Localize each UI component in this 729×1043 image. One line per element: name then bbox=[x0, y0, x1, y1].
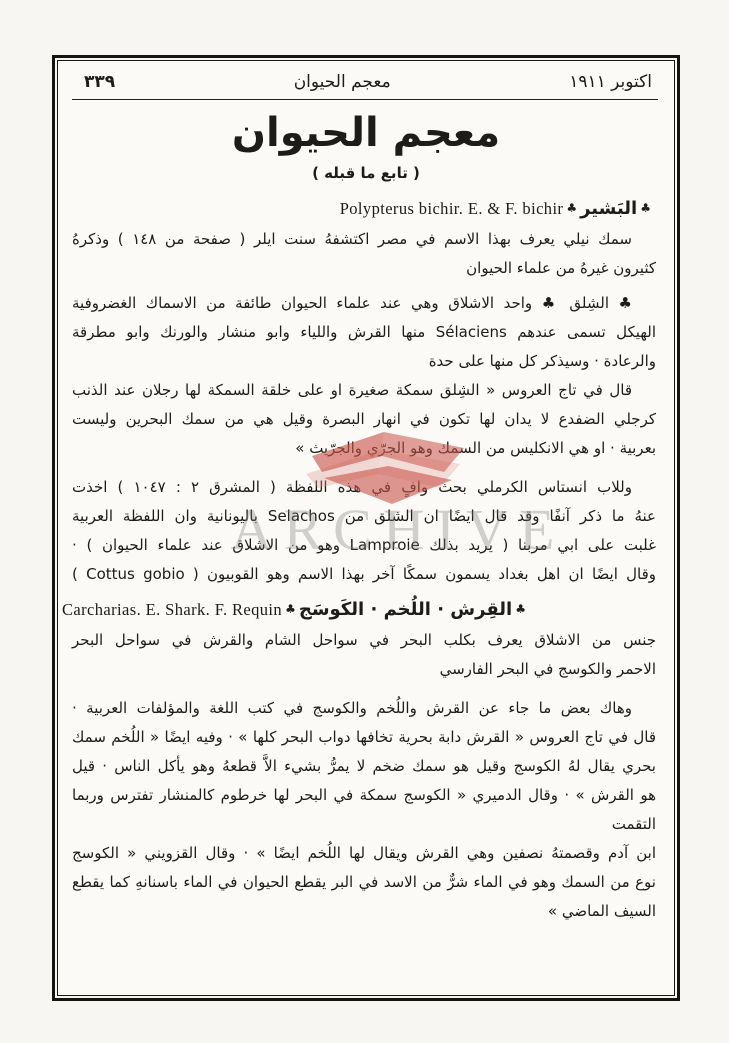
text-line: بحري يقال لهُ الكوسج وقيل هو سمك ضخم لا … bbox=[72, 752, 656, 781]
header-book-title: معجم الحيوان bbox=[294, 72, 391, 92]
text-line: كثيرون غيرهُ من علماء الحيوان bbox=[72, 254, 656, 283]
text-line: عنهُ ما ذكر آنفًا وقد قال ايضًا ان الشلق… bbox=[72, 502, 656, 531]
text-line: الهيكل تسمى عندهم Sélaciens منها القرش و… bbox=[72, 318, 656, 347]
floral-ornament-icon: ♣ bbox=[512, 602, 529, 616]
entry-arabic-name: ♣القِرش · اللُخم · الكَوسَج♣ bbox=[282, 599, 529, 620]
text-line: بعربية · او هي الانكليس من السمك وهو الج… bbox=[72, 434, 656, 463]
text-line: وقال ايضًا ان اهل بغداد يسمون سمكًا آخر … bbox=[72, 560, 656, 589]
header-date: اكتوبر ١٩١١ bbox=[569, 72, 652, 92]
text-line: ابن آدم وقصمتهُ نصفين وهي القرش ويقال له… bbox=[72, 839, 656, 868]
page-inner: اكتوبر ١٩١١ معجم الحيوان ٣٣٩ معجم الحيوا… bbox=[58, 61, 674, 995]
text-line: قال في تاج العروس « الشِلق سمكة صغيرة او… bbox=[72, 376, 656, 405]
entry-latin-name: Polypterus bichir. E. & F. bichir bbox=[340, 199, 564, 219]
entry-heading-qirsh: ♣القِرش · اللُخم · الكَوسَج♣ Carcharias.… bbox=[58, 599, 674, 620]
floral-ornament-icon: ♣ bbox=[563, 201, 580, 215]
page-title: معجم الحيوان bbox=[58, 110, 674, 156]
floral-ornament-icon: ♣ bbox=[282, 602, 299, 616]
entry-qirsh-text: جنس من الاشلاق يعرف بكلب البحر في سواحل … bbox=[72, 626, 656, 926]
text-line: سمك نيلي يعرف بهذا الاسم في مصر اكتشفهُ … bbox=[72, 225, 656, 254]
text-line: وللاب انستاس الكرملي بحث وافٍ في هذه الل… bbox=[72, 473, 656, 502]
header-divider bbox=[72, 99, 658, 100]
entry-latin-name: Carcharias. E. Shark. F. Requin bbox=[62, 600, 282, 620]
arabic-name-text: البَشير bbox=[580, 198, 637, 219]
scanned-page: { "header": { "date": "اكتوبر ١٩١١", "ce… bbox=[0, 0, 729, 1043]
entry-bashir-text: سمك نيلي يعرف بهذا الاسم في مصر اكتشفهُ … bbox=[72, 225, 656, 283]
text-line: غلبت على ابي مربنا ( يريد بذلك Lamproie … bbox=[72, 531, 656, 560]
text-line: كرجلي الضفدع لا يدان لها تكون في انهار ا… bbox=[72, 405, 656, 434]
entry-shilq-text: ♣ الشِلق ♣ واحد الاشلاق وهي عند علماء ال… bbox=[72, 289, 656, 589]
text-line: جنس من الاشلاق يعرف بكلب البحر في سواحل … bbox=[72, 626, 656, 655]
entry-arabic-name: ♣البَشير♣ bbox=[563, 198, 654, 219]
running-header: اكتوبر ١٩١١ معجم الحيوان ٣٣٩ bbox=[58, 61, 674, 92]
continuation-note: ( تابع ما قبله ) bbox=[58, 164, 674, 182]
page-frame: اكتوبر ١٩١١ معجم الحيوان ٣٣٩ معجم الحيوا… bbox=[57, 60, 675, 996]
entry-heading-bashir: ♣البَشير♣ Polypterus bichir. E. & F. bic… bbox=[58, 198, 674, 219]
text-line: نوع من السمك وهو في الماء شرٌّ من الاسد … bbox=[72, 868, 656, 897]
arabic-name-text: القِرش · اللُخم · الكَوسَج bbox=[299, 599, 512, 620]
floral-ornament-icon: ♣ bbox=[637, 201, 654, 215]
text-line: والرعادة · وسيذكر كل منها على حدة bbox=[72, 347, 656, 376]
text-line: السيف الماضي » bbox=[72, 897, 656, 926]
text-line: قال في تاج العروس « القرش دابة بحرية تخا… bbox=[72, 723, 656, 752]
text-line: الاحمر والكوسج في البحر الفارسي bbox=[72, 655, 656, 684]
text-line: وهاك بعض ما جاء عن القرش واللُخم والكوسج… bbox=[72, 694, 656, 723]
text-line: ♣ الشِلق ♣ واحد الاشلاق وهي عند علماء ال… bbox=[72, 289, 656, 318]
text-line: هو القرش » · وقال الدميري « الكوسج سمكة … bbox=[72, 781, 656, 839]
page-number: ٣٣٩ bbox=[84, 72, 115, 92]
